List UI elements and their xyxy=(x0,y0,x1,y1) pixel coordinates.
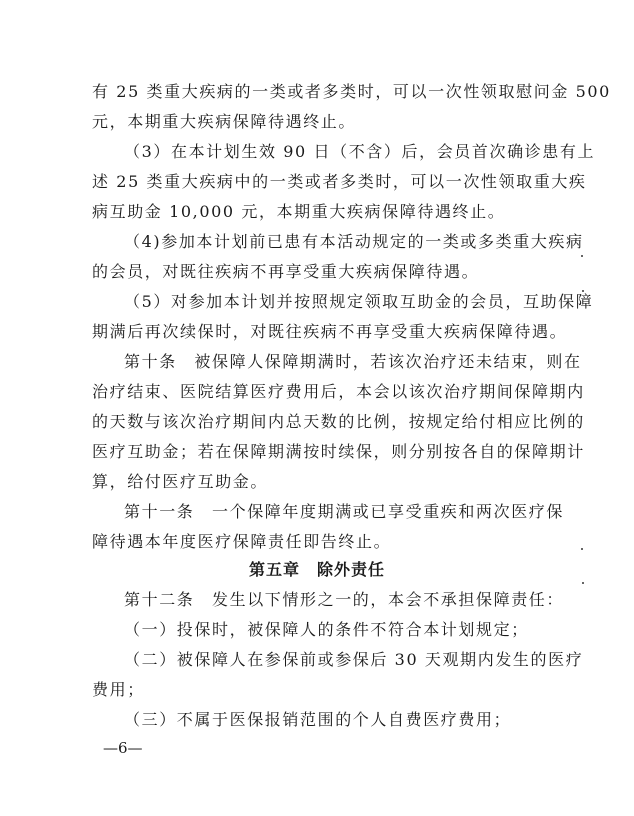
text-line: 医疗互助金；若在保障期满按时续保，则分别按各自的保障期计 xyxy=(92,442,552,462)
list-item: （二）被保障人在参保前或参保后 30 天观期内发生的医疗 xyxy=(124,650,584,670)
text-line: 的会员，对既往疾病不再享受重大疾病保障待遇。 xyxy=(92,262,552,282)
scan-speck xyxy=(582,582,584,584)
page-number: —6— xyxy=(103,738,143,758)
text-line: 有 25 类重大疾病的一类或者多类时，可以一次性领取慰问金 500 xyxy=(92,82,552,102)
text-line: 病互助金 10,000 元，本期重大疾病保障待遇终止。 xyxy=(92,202,552,222)
text-line: 元，本期重大疾病保障待遇终止。 xyxy=(92,112,552,132)
list-item: （一）投保时，被保障人的条件不符合本计划规定； xyxy=(124,620,584,640)
text-line: 算，给付医疗互助金。 xyxy=(92,472,552,492)
scan-speck xyxy=(582,290,584,292)
article-twelve: 第十二条 发生以下情形之一的，本会不承担保障责任： xyxy=(124,590,584,610)
scan-speck xyxy=(581,255,583,257)
text-line: 期满后再次续保时，对既往疾病不再享受重大疾病保障待遇。 xyxy=(92,322,552,342)
text-line: 障待遇本年度医疗保障责任即告终止。 xyxy=(92,532,552,552)
text-line: 费用； xyxy=(92,680,552,700)
article-eleven: 第十一条 一个保障年度期满或已享受重疾和两次医疗保 xyxy=(124,502,584,522)
text-line: 述 25 类重大疾病中的一类或者多类时，可以一次性领取重大疾 xyxy=(92,172,552,192)
text-line: 治疗结束、医院结算医疗费用后，本会以该次治疗期间保障期内 xyxy=(92,382,552,402)
chapter-heading: 第五章 除外责任 xyxy=(0,560,634,580)
list-item: （三）不属于医保报销范围的个人自费医疗费用； xyxy=(124,710,584,730)
scan-speck xyxy=(581,548,583,550)
text-line: （3）在本计划生效 90 日（不含）后，会员首次确诊患有上 xyxy=(124,142,584,162)
document-page: 有 25 类重大疾病的一类或者多类时，可以一次性领取慰问金 500 元，本期重大… xyxy=(0,0,634,816)
article-ten: 第十条 被保障人保障期满时，若该次治疗还未结束，则在 xyxy=(124,352,584,372)
text-line: （5）对参加本计划并按照规定领取互助金的会员，互助保障 xyxy=(124,292,584,312)
text-line: 的天数与该次治疗期间内总天数的比例，按规定给付相应比例的 xyxy=(92,412,552,432)
text-line: （4)参加本计划前已患有本活动规定的一类或多类重大疾病 xyxy=(124,232,584,252)
